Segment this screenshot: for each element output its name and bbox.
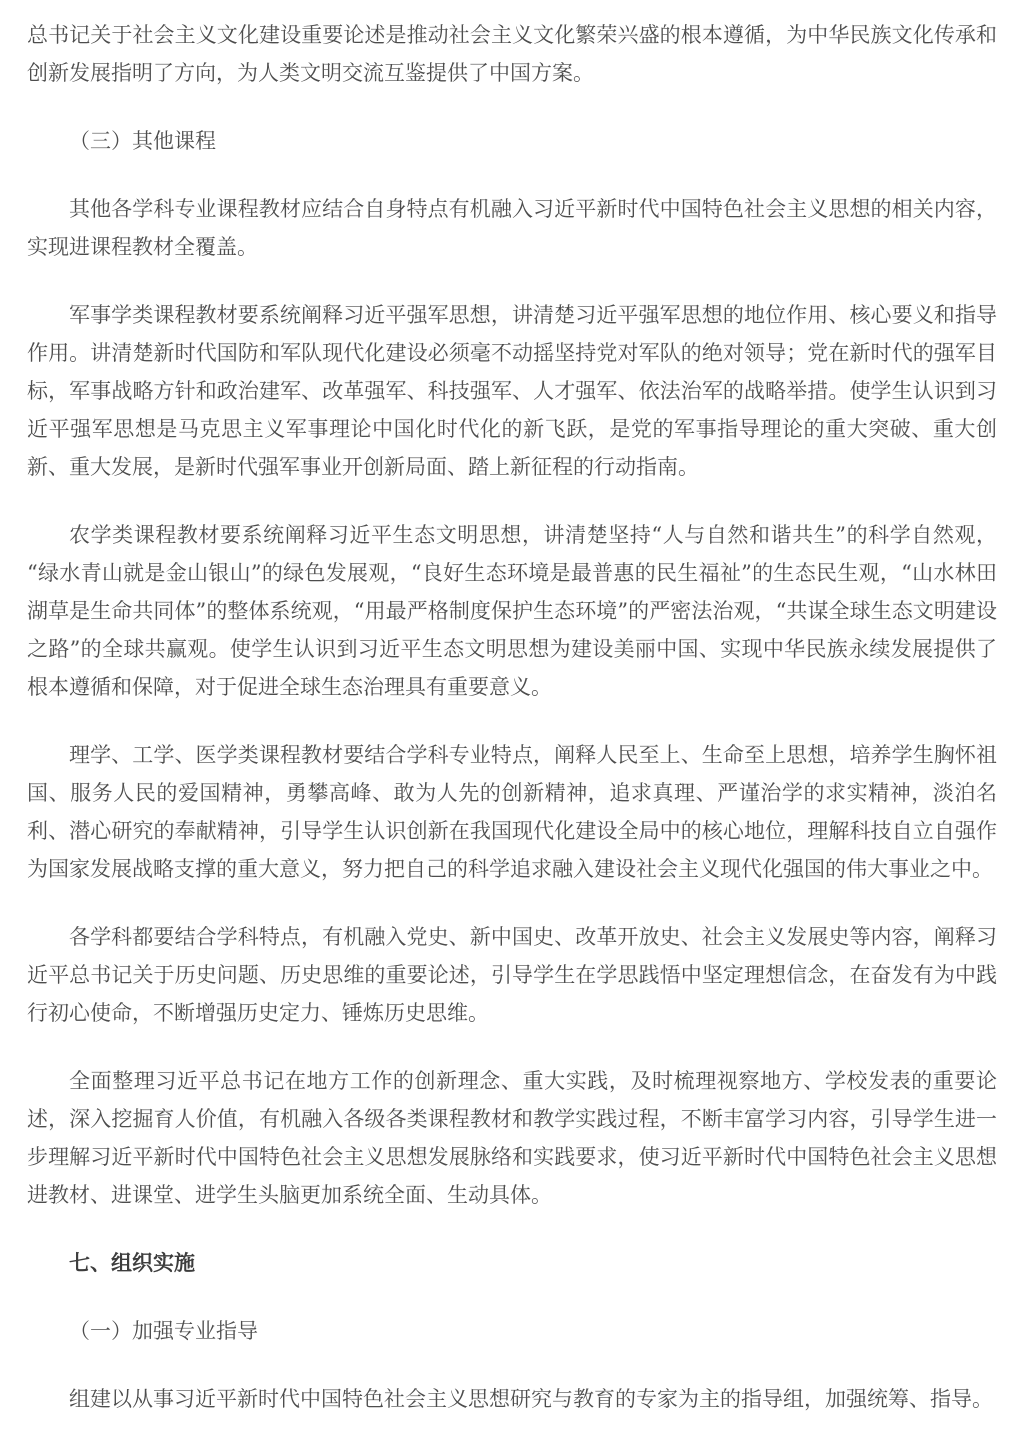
paragraph-agriculture-ecology: 农学类课程教材要系统阐释习近平生态文明思想，讲清楚坚持“人与自然和谐共生”的科学… bbox=[27, 516, 997, 706]
section-heading-organization-implementation: 七、组织实施 bbox=[27, 1244, 997, 1282]
paragraph-history-integration: 各学科都要结合学科特点，有机融入党史、新中国史、改革开放史、社会主义发展史等内容… bbox=[27, 918, 997, 1032]
paragraph-local-work-practice: 全面整理习近平总书记在地方工作的创新理念、重大实践，及时梳理视察地方、学校发表的… bbox=[27, 1062, 997, 1214]
paragraph-culture-continuation: 总书记关于社会主义文化建设重要论述是推动社会主义文化繁荣兴盛的根本遵循，为中华民… bbox=[27, 16, 997, 92]
document-page: 总书记关于社会主义文化建设重要论述是推动社会主义文化繁荣兴盛的根本遵循，为中华民… bbox=[0, 0, 1024, 1449]
subsection-heading-other-courses: （三）其他课程 bbox=[27, 122, 997, 160]
paragraph-expert-guidance-group: 组建以从事习近平新时代中国特色社会主义思想研究与教育的专家为主的指导组，加强统筹… bbox=[27, 1380, 997, 1418]
paragraph-science-engineering-medicine: 理学、工学、医学类课程教材要结合学科专业特点，阐释人民至上、生命至上思想，培养学… bbox=[27, 736, 997, 888]
subsection-heading-professional-guidance: （一）加强专业指导 bbox=[27, 1312, 997, 1350]
paragraph-military-science: 军事学类课程教材要系统阐释习近平强军思想，讲清楚习近平强军思想的地位作用、核心要… bbox=[27, 296, 997, 486]
paragraph-other-disciplines: 其他各学科专业课程教材应结合自身特点有机融入习近平新时代中国特色社会主义思想的相… bbox=[27, 190, 997, 266]
